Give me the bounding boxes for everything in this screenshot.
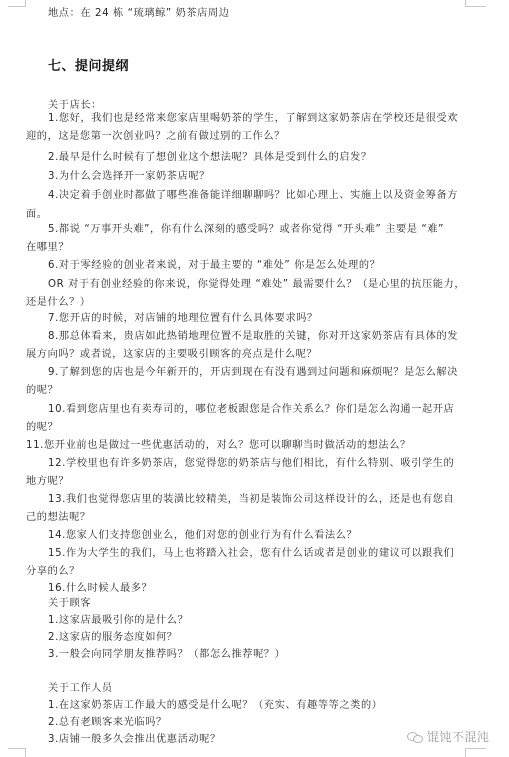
owner-question-line: 的呢？ <box>26 384 58 398</box>
staff-section-title: 关于工作人员 <box>48 682 113 696</box>
owner-question-line: 16.什么时候人最多？ <box>48 582 152 596</box>
owner-question-line: 14.您家人们支持您创业么，他们对您的创业行为有什么看法么？ <box>48 529 357 543</box>
owner-question-line: 10.看到您店里也有卖寿司的，哪位老板跟您是合作关系么？你们是怎么沟通一起开店 <box>48 403 454 417</box>
watermark: 馄饨不混沌 <box>407 728 490 745</box>
owner-question-line: 4.决定着手创业时都做了哪些准备能详细聊聊吗？比如心理上、实施上以及资金筹备方 <box>48 189 458 203</box>
owner-question-line: 展方向吗？或者说，这家店的主要吸引顾客的亮点是什么呢？ <box>26 348 317 362</box>
owner-question-line: 13.我们也觉得您店里的装潢比较精美，当初是装饰公司这样设计的么，还是也有您自 <box>48 493 454 507</box>
owner-question-line: 6.对于零经验的创业者来说，对于最主要的 “难处” 你是怎么处理的？ <box>48 259 380 273</box>
staff-question: 1.在这家奶茶店工作最大的感受是什么呢？（充实、有趣等等之类的） <box>48 699 383 713</box>
owner-section-title: 关于店长： <box>48 99 102 113</box>
owner-question-line: 分享的么？ <box>26 565 80 579</box>
crop-mark-bottom-left <box>8 748 26 757</box>
customer-question: 1.这家店最吸引你的是什么？ <box>48 614 188 628</box>
crop-mark-top-left <box>8 0 26 7</box>
section-heading: 七、提问提纲 <box>48 55 129 74</box>
owner-question-line: 3.为什么会选择开一家奶茶店呢？ <box>48 170 210 184</box>
crop-mark-bottom-right <box>465 748 486 757</box>
customer-question: 3.一般会向同学朋友推荐吗？（都怎么推荐呢？） <box>48 648 285 662</box>
owner-question-line: 9.了解到您的店也是今年新开的，开店到现在有没有遇到过问题和麻烦呢？是怎么解决 <box>48 366 458 380</box>
staff-question: 3.店铺一般多久会推出优惠活动呢？ <box>48 733 221 747</box>
owner-question-line: 8.那总体看来，贵店如此热销地理位置不是取胜的关键，你对开这家奶茶店有具体的发 <box>48 330 458 344</box>
owner-question-line: 12.学校里也有许多奶茶店，您觉得您的奶茶店与他们相比，有什么特别、吸引学生的 <box>48 457 454 471</box>
owner-question-line: 2.最早是什么时候有了想创业这个想法呢？具体是受到什么的启发？ <box>48 151 372 165</box>
wechat-icon <box>407 731 423 743</box>
owner-question-line: 5.都说 “万事开头难”，你有什么深刻的感受吗？或者你觉得 “开头难” 主要是 … <box>48 223 444 237</box>
customer-question: 2.这家店的服务态度如何？ <box>48 631 178 645</box>
location-line: 地点：在 24 栋 “琉璃鲸” 奶茶店周边 <box>48 7 230 21</box>
watermark-text: 馄饨不混沌 <box>427 728 490 745</box>
owner-question-line: 15.作为大学生的我们，马上也将踏入社会，您有什么话或者是创业的建议可以跟我们 <box>48 547 454 561</box>
owner-question-line: 迎的，这是您第一次创业吗？之前有做过别的工作么？ <box>26 130 285 144</box>
owner-question-line: 面。 <box>26 208 48 222</box>
owner-question-line: 的呢？ <box>26 421 58 435</box>
owner-question-line: 地方呢？ <box>26 475 69 489</box>
owner-question-line: 1.您好，我们也是经常来您家店里喝奶茶的学生，了解到这家奶茶店在学校还是很受欢 <box>48 112 458 126</box>
staff-question: 2.总有老顾客来光临吗？ <box>48 716 167 730</box>
owner-question-line: 己的想法呢？ <box>26 511 91 525</box>
owner-question-line: OR 对于有创业经验的你来说，你觉得处理 “难处” 最需要什么？（是心里的抗压能… <box>48 278 465 292</box>
owner-question-line: 还是什么？） <box>26 296 91 310</box>
crop-mark-top-right <box>465 0 486 7</box>
owner-question-line: 7.您开店的时候，对店铺的地理位置有什么具体要求吗？ <box>48 312 318 326</box>
owner-question-line: 在哪里？ <box>26 241 69 255</box>
customer-section-title: 关于顾客 <box>48 597 91 611</box>
owner-question-line: 11.您开业前也是做过一些优惠活动的，对么？您可以聊聊当时做活动的想法么？ <box>26 439 411 453</box>
